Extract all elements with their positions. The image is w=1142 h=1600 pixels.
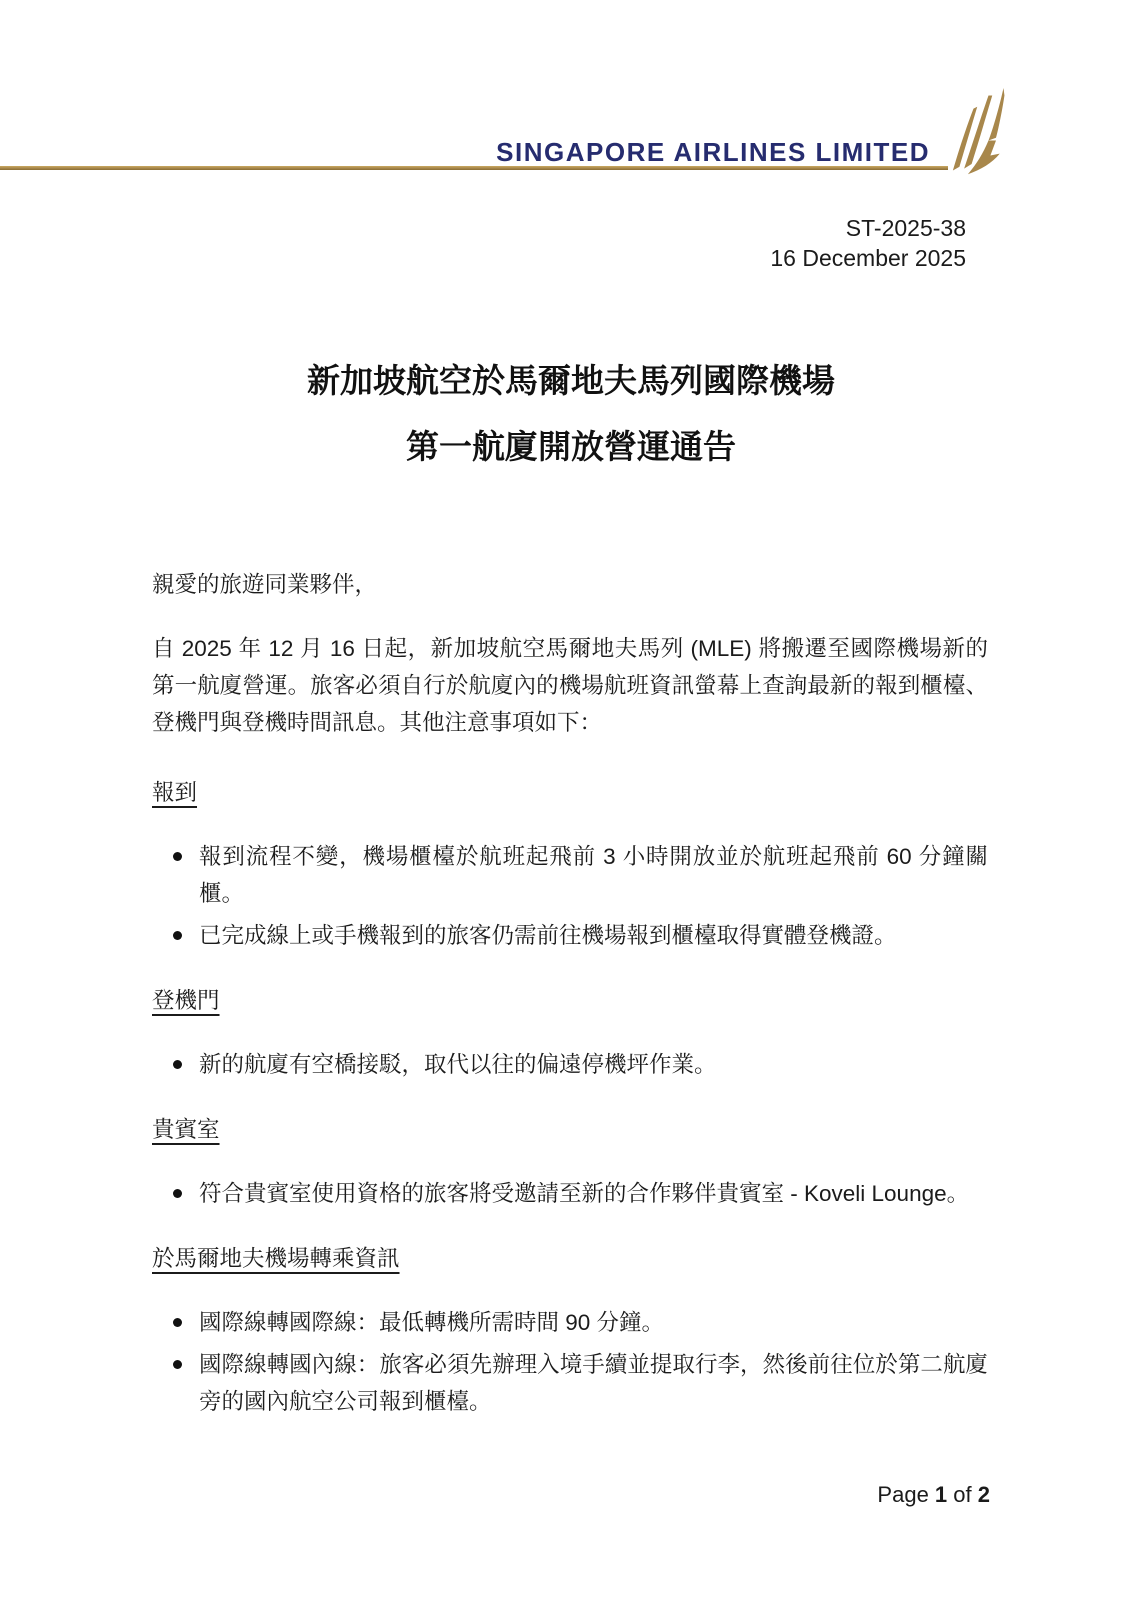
notice-section: 於馬爾地夫機場轉乘資訊國際線轉國際線：最低轉機所需時間 90 分鐘。國際線轉國內… bbox=[152, 1240, 988, 1420]
document-body: 親愛的旅遊同業夥伴， 自 2025 年 12 月 16 日起，新加坡航空馬爾地夫… bbox=[152, 566, 988, 1420]
greeting: 親愛的旅遊同業夥伴， bbox=[152, 566, 988, 603]
section-bullets: 報到流程不變，機場櫃檯於航班起飛前 3 小時開放並於航班起飛前 60 分鐘關櫃。… bbox=[152, 838, 988, 954]
footer-page-number: 1 bbox=[935, 1482, 947, 1507]
section-heading: 報到 bbox=[152, 774, 988, 811]
footer-prefix: Page bbox=[877, 1482, 935, 1507]
footer-total-pages: 2 bbox=[978, 1482, 990, 1507]
section-bullets: 國際線轉國際線：最低轉機所需時間 90 分鐘。國際線轉國內線：旅客必須先辦理入境… bbox=[152, 1304, 988, 1420]
letterhead-divider bbox=[0, 166, 948, 170]
section-bullets: 符合貴賓室使用資格的旅客將受邀請至新的合作夥伴貴賓室 - Koveli Loun… bbox=[152, 1175, 988, 1212]
title-line-1: 新加坡航空於馬爾地夫馬列國際機場 bbox=[0, 348, 1142, 414]
document-title: 新加坡航空於馬爾地夫馬列國際機場 第一航廈開放營運通告 bbox=[0, 348, 1142, 480]
page-footer: Page 1 of 2 bbox=[877, 1482, 990, 1508]
bullet-item: 國際線轉國際線：最低轉機所需時間 90 分鐘。 bbox=[152, 1304, 988, 1341]
bullet-item: 新的航廈有空橋接駁，取代以往的偏遠停機坪作業。 bbox=[152, 1046, 988, 1083]
reference-number: ST-2025-38 bbox=[770, 213, 966, 243]
section-heading: 貴賓室 bbox=[152, 1111, 988, 1148]
singapore-airlines-bird-icon bbox=[950, 88, 1012, 178]
bullet-item: 報到流程不變，機場櫃檯於航班起飛前 3 小時開放並於航班起飛前 60 分鐘關櫃。 bbox=[152, 838, 988, 912]
notice-page: SINGAPORE AIRLINES LIMITED ST-2025-38 16… bbox=[0, 0, 1142, 1600]
bullet-item: 符合貴賓室使用資格的旅客將受邀請至新的合作夥伴貴賓室 - Koveli Loun… bbox=[152, 1175, 988, 1212]
section-heading: 登機門 bbox=[152, 982, 988, 1019]
section-bullets: 新的航廈有空橋接駁，取代以往的偏遠停機坪作業。 bbox=[152, 1046, 988, 1083]
section-heading: 於馬爾地夫機場轉乘資訊 bbox=[152, 1240, 988, 1277]
notice-section: 貴賓室符合貴賓室使用資格的旅客將受邀請至新的合作夥伴貴賓室 - Koveli L… bbox=[152, 1111, 988, 1212]
bullet-item: 國際線轉國內線：旅客必須先辦理入境手續並提取行李，然後前往位於第二航廈旁的國內航… bbox=[152, 1346, 988, 1420]
company-wordmark: SINGAPORE AIRLINES LIMITED bbox=[496, 137, 930, 168]
notice-section: 報到報到流程不變，機場櫃檯於航班起飛前 3 小時開放並於航班起飛前 60 分鐘關… bbox=[152, 774, 988, 954]
footer-of-label: of bbox=[947, 1482, 978, 1507]
document-date: 16 December 2025 bbox=[770, 243, 966, 273]
bullet-item: 已完成線上或手機報到的旅客仍需前往機場報到櫃檯取得實體登機證。 bbox=[152, 917, 988, 954]
intro-paragraph: 自 2025 年 12 月 16 日起，新加坡航空馬爾地夫馬列 (MLE) 將搬… bbox=[152, 630, 988, 741]
notice-section: 登機門新的航廈有空橋接駁，取代以往的偏遠停機坪作業。 bbox=[152, 982, 988, 1083]
reference-block: ST-2025-38 16 December 2025 bbox=[770, 213, 966, 273]
sections: 報到報到流程不變，機場櫃檯於航班起飛前 3 小時開放並於航班起飛前 60 分鐘關… bbox=[152, 774, 988, 1420]
title-line-2: 第一航廈開放營運通告 bbox=[0, 414, 1142, 480]
